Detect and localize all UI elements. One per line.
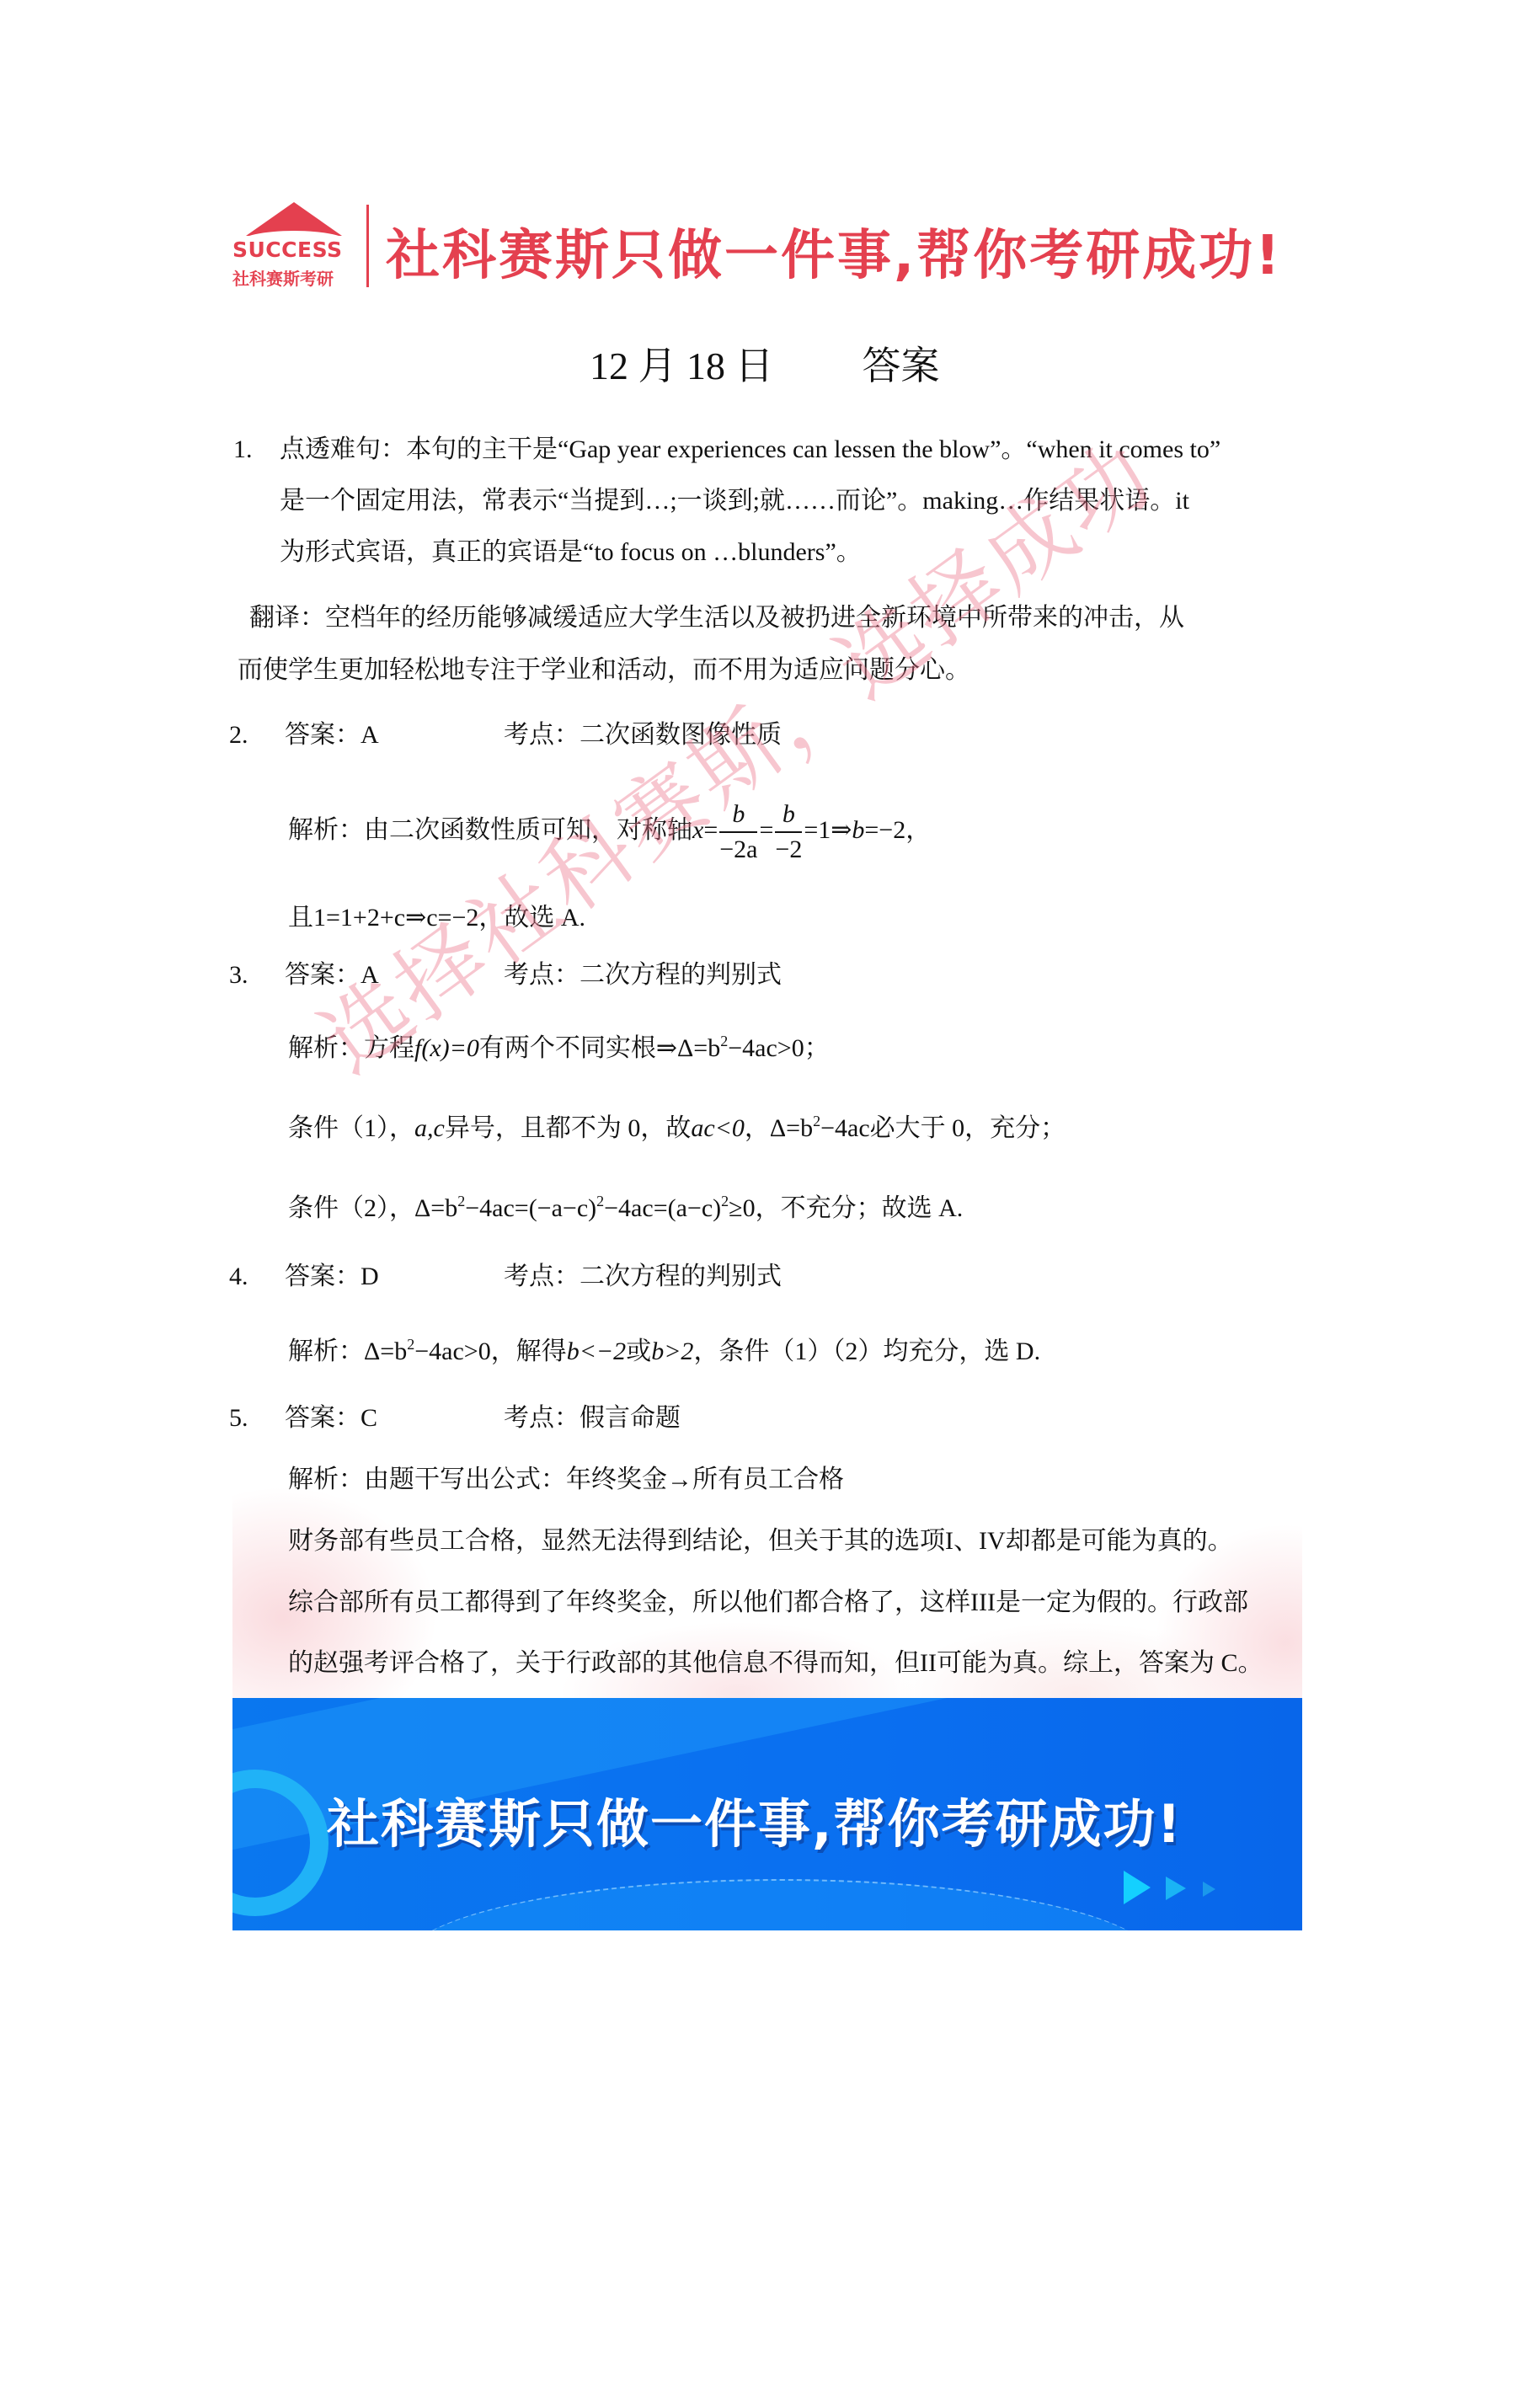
fraction: b−2a [719, 798, 757, 867]
item-answer: 答案：A [285, 960, 379, 990]
title-date: 12 月 18 日 [590, 344, 774, 387]
fraction: b−2 [775, 798, 802, 867]
banner-wave [401, 1879, 1159, 1930]
item-1-line-1: 点透难句：本句的主干是“Gap year experiences can les… [280, 435, 1221, 465]
item-topic: 考点：二次函数图像性质 [504, 720, 782, 750]
item-1-line-3: 为形式宾语，真正的宾语是“to focus on …blunders”。 [280, 537, 862, 568]
play-arrow-icon [1203, 1882, 1215, 1897]
item-5-line-3: 综合部所有员工都得到了年终奖金，所以他们都合格了，这样III是一定为假的。行政部 [288, 1588, 1248, 1618]
item-5-line-2: 财务部有些员工合格，显然无法得到结论，但关于其的选项I、IV却都是可能为真的。 [288, 1526, 1233, 1556]
item-2-line-2: 且1=1+2+c⇒c=−2，故选 A. [288, 903, 585, 933]
item-number: 1. [233, 435, 253, 465]
item-answer: 答案：C [285, 1403, 377, 1434]
item-3-condition-1: 条件（1），a,c异号，且都不为 0，故ac<0，Δ=b2−4ac必大于 0，充… [288, 1113, 1066, 1144]
play-arrow-icon [1166, 1877, 1186, 1900]
item-answer: 答案：D [285, 1262, 379, 1292]
item-number: 3. [229, 960, 248, 990]
logo-text-cn: 社科赛斯考研 [232, 265, 334, 290]
promo-banner: 社科赛斯只做一件事,帮你考研成功! [232, 1698, 1302, 1930]
item-1-line-2: 是一个固定用法，常表示“当提到…;一谈到;就……而论”。making…作结果状语… [280, 486, 1189, 516]
title-label: 答案 [863, 344, 940, 387]
item-5-line-4: 的赵强考评合格了，关于行政部的其他信息不得而知，但II可能为真。综上，答案为 C… [288, 1648, 1263, 1679]
item-number: 4. [229, 1262, 248, 1292]
logo-text-en: SUCCESS [232, 238, 342, 262]
play-arrow-icon [1124, 1871, 1151, 1904]
translation-line-1: 翻译：空档年的经历能够减缓适应大学生活以及被扔进全新环境中所带来的冲击，从 [249, 603, 1184, 633]
header-slogan: 社科赛斯只做一件事,帮你考研成功! [386, 212, 1283, 290]
header-divider [366, 205, 369, 287]
item-topic: 考点：假言命题 [504, 1403, 681, 1434]
item-topic: 考点：二次方程的判别式 [504, 960, 782, 990]
item-4-analysis: 解析：Δ=b2−4ac>0，解得b<−2或b>2，条件（1）（2）均充分，选 D… [288, 1337, 1040, 1367]
brand-logo: SUCCESS 社科赛斯考研 [231, 202, 357, 290]
item-number: 2. [229, 720, 248, 750]
item-answer: 答案：A [285, 720, 379, 750]
page-title: 12 月 18 日答案 [590, 335, 940, 391]
translation-line-2: 而使学生更加轻松地专注于学业和活动，而不用为适应问题分心。 [238, 655, 970, 686]
banner-slogan: 社科赛斯只做一件事,帮你考研成功! [327, 1782, 1183, 1857]
item-topic: 考点：二次方程的判别式 [504, 1262, 782, 1292]
item-number: 5. [229, 1403, 248, 1434]
item-5-line-1: 解析：由题干写出公式：年终奖金→所有员工合格 [288, 1465, 844, 1495]
item-2-analysis: 解析：由二次函数性质可知，对称轴x=b−2a=b−2=1⇒b=−2， [288, 795, 931, 867]
item-3-condition-2: 条件（2），Δ=b2−4ac=(−a−c)2−4ac=(a−c)2≥0，不充分；… [288, 1193, 963, 1224]
item-3-analysis: 解析：方程f(x)=0有两个不同实根⇒Δ=b2−4ac>0； [288, 1033, 830, 1064]
